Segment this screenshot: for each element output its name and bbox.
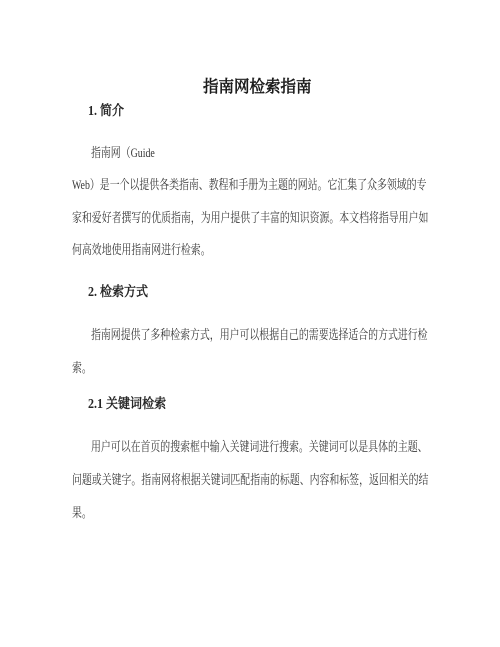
paragraph-line: 何高效地使用指南网进行检索。 <box>72 243 211 257</box>
paragraph-line: 用户可以在首页的搜索框中输入关键词进行搜索。关键词可以是具体的主题、 <box>91 440 428 454</box>
paragraph-line: 问题或关键字。指南网将根据关键词匹配指南的标题、内容和标签，返回相关的结 <box>72 473 428 487</box>
section-heading-keyword-search: 2.1 关键词检索 <box>88 397 166 411</box>
section-heading-search-methods: 2. 检索方式 <box>88 285 148 299</box>
paragraph-line: Web）是一个以提供各类指南、教程和手册为主题的网站。它汇集了众多领域的专 <box>72 178 426 192</box>
document-page: 指南网检索指南 1. 简介 指南网（Guide Web）是一个以提供各类指南、教… <box>0 0 500 647</box>
paragraph-line: 指南网提供了多种检索方式，用户可以根据自己的需要选择适合的方式进行检 <box>91 328 428 342</box>
paragraph-line: 果。 <box>72 506 92 520</box>
paragraph-line: 家和爱好者撰写的优质指南，为用户提供了丰富的知识资源。本文档将指导用户如 <box>72 211 428 225</box>
paragraph-line: 指南网（Guide <box>91 146 155 160</box>
section-heading-intro: 1. 简介 <box>88 104 124 118</box>
document-title: 指南网检索指南 <box>203 78 312 95</box>
paragraph-line: 索。 <box>72 361 92 375</box>
